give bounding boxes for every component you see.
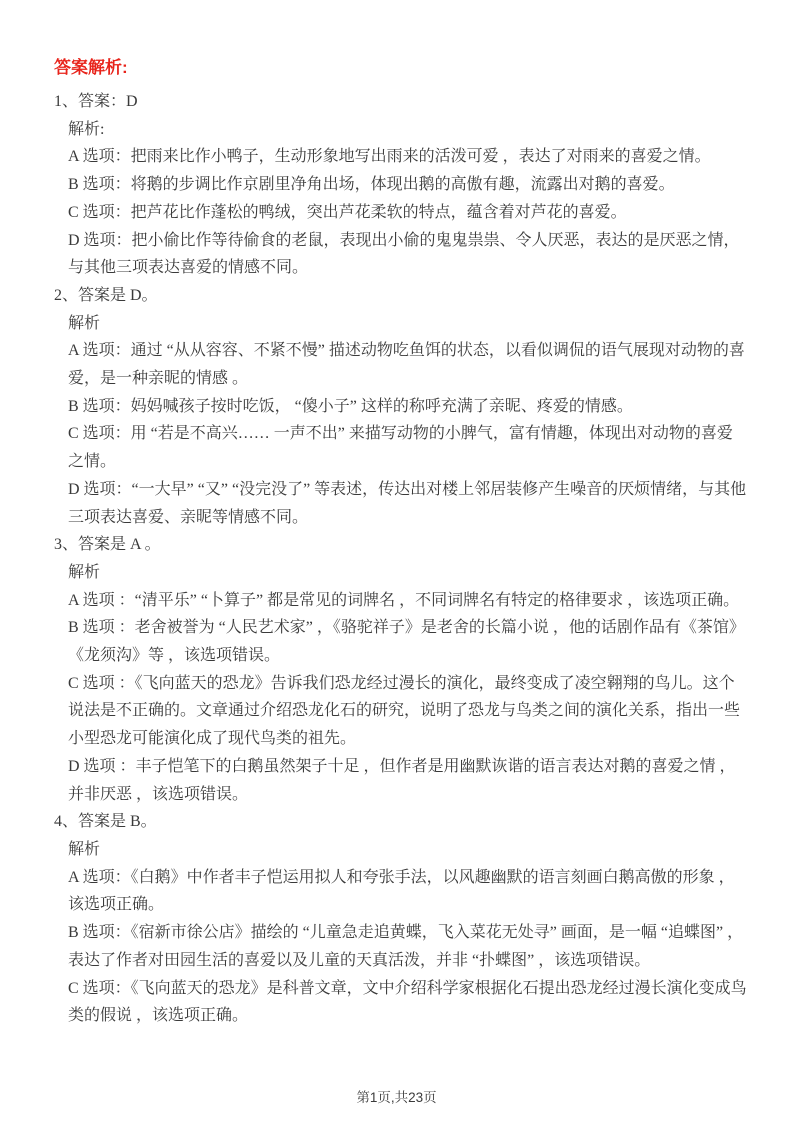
question-4-option-b-analysis: B 选项：《宿新市徐公店》描绘的 “儿童急走追黄蝶，飞入菜花无处寻” 画面，是一… bbox=[54, 919, 747, 974]
document-page: 答案解析: 1、答案：D 解析: A 选项：把雨来比作小鸭子，生动形象地写出雨来… bbox=[0, 0, 793, 1122]
question-1-option-b-analysis: B 选项：将鹅的步调比作京剧里净角出场，体现出鹅的高傲有趣，流露出对鹅的喜爱。 bbox=[54, 171, 747, 199]
question-1-block: 1、答案：D 解析: A 选项：把雨来比作小鸭子，生动形象地写出雨来的活泼可爱 … bbox=[54, 88, 747, 282]
question-4-block: 4、答案是 B。 解析 A 选项：《白鹅》中作者丰子恺运用拟人和夸张手法，以风趣… bbox=[54, 808, 747, 1030]
question-2-block: 2、答案是 D。 解析 A 选项：通过 “从从容容、不紧不慢” 描述动物吃鱼饵的… bbox=[54, 282, 747, 531]
question-4-analysis-label: 解析 bbox=[54, 836, 747, 864]
question-1-option-c-analysis: C 选项：把芦花比作蓬松的鸭绒，突出芦花柔软的特点，蕴含着对芦花的喜爱。 bbox=[54, 199, 747, 227]
question-3-analysis-label: 解析 bbox=[54, 559, 747, 587]
question-2-option-d-analysis: D 选项：“一大早” “又” “没完没了” 等表述，传达出对楼上邻居装修产生噪音… bbox=[54, 476, 747, 531]
question-2-option-c-analysis: C 选项：用 “若是不高兴…… 一声不出” 来描写动物的小脾气，富有情趣，体现出… bbox=[54, 420, 747, 475]
question-1-option-d-analysis: D 选项：把小偷比作等待偷食的老鼠，表现出小偷的鬼鬼祟祟、令人厌恶，表达的是厌恶… bbox=[54, 227, 747, 282]
question-1-analysis-label: 解析: bbox=[54, 116, 747, 144]
question-1-answer-line: 1、答案：D bbox=[54, 88, 747, 116]
question-4-answer-line: 4、答案是 B。 bbox=[54, 808, 747, 836]
question-2-option-b-analysis: B 选项：妈妈喊孩子按时吃饭， “傻小子” 这样的称呼充满了亲昵、疼爱的情感。 bbox=[54, 393, 747, 421]
question-3-option-b-analysis: B 选项 ：老舍被誉为 “人民艺术家” ，《骆驼祥子》是老舍的长篇小说 ，他的话… bbox=[54, 614, 747, 669]
question-3-option-c-analysis: C 选项 ：《飞向蓝天的恐龙》告诉我们恐龙经过漫长的演化，最终变成了凌空翱翔的鸟… bbox=[54, 670, 747, 753]
question-3-option-a-analysis: A 选项 ：“清平乐” “卜算子” 都是常见的词牌名 ，不同词牌名有特定的格律要… bbox=[54, 587, 747, 615]
question-2-analysis-label: 解析 bbox=[54, 310, 747, 338]
question-3-answer-line: 3、答案是 A 。 bbox=[54, 531, 747, 559]
page-number: 第1页,共23页 bbox=[356, 1090, 436, 1105]
question-2-answer-line: 2、答案是 D。 bbox=[54, 282, 747, 310]
question-1-option-a-analysis: A 选项：把雨来比作小鸭子，生动形象地写出雨来的活泼可爱 ，表达了对雨来的喜爱之… bbox=[54, 143, 747, 171]
question-3-block: 3、答案是 A 。 解析 A 选项 ：“清平乐” “卜算子” 都是常见的词牌名 … bbox=[54, 531, 747, 808]
question-3-option-d-analysis: D 选项 ：丰子恺笔下的白鹅虽然架子十足 ，但作者是用幽默诙谐的语言表达对鹅的喜… bbox=[54, 753, 747, 808]
page-footer: 第1页,共23页 bbox=[0, 1086, 793, 1106]
question-4-option-c-analysis: C 选项：《飞向蓝天的恐龙》是科普文章，文中介绍科学家根据化石提出恐龙经过漫长演… bbox=[54, 975, 747, 1030]
question-2-option-a-analysis: A 选项：通过 “从从容容、不紧不慢” 描述动物吃鱼饵的状态，以看似调侃的语气展… bbox=[54, 337, 747, 392]
question-4-option-a-analysis: A 选项：《白鹅》中作者丰子恺运用拟人和夸张手法，以风趣幽默的语言刻画白鹅高傲的… bbox=[54, 864, 747, 919]
page-title: 答案解析: bbox=[54, 56, 747, 80]
